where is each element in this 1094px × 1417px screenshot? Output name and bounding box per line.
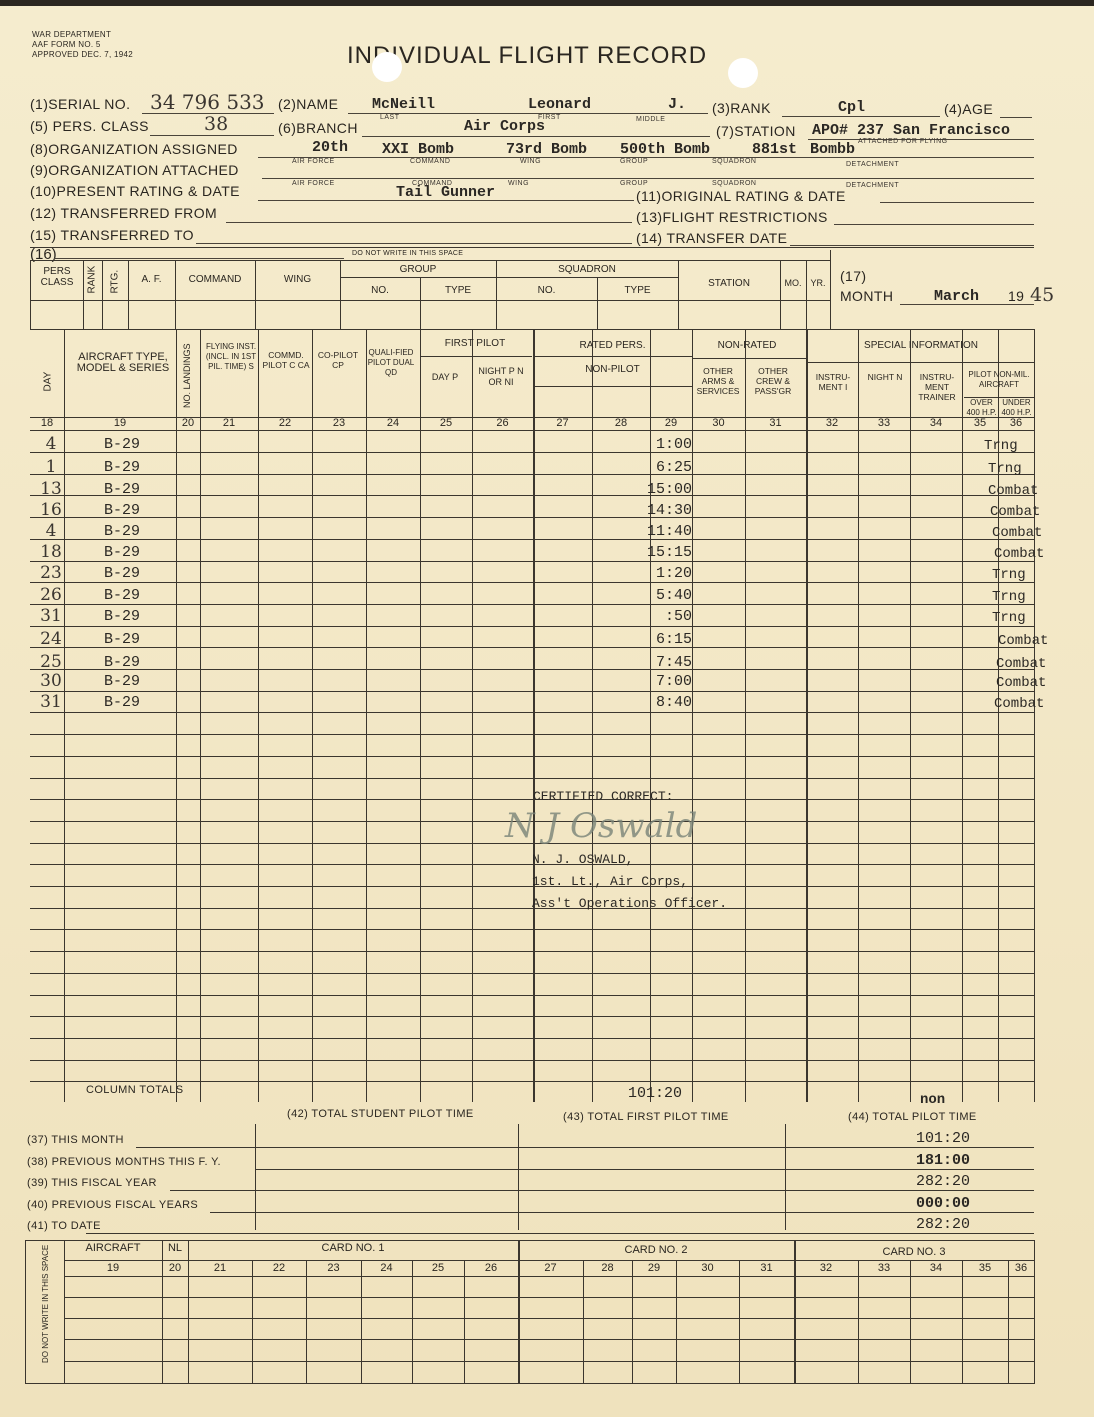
flight-time: 15:15 [600,544,692,561]
punch-hole [728,58,758,88]
flight-note: Combat [996,656,1046,672]
name-label: (2)NAME [278,96,338,112]
officer-title: Ass't Operations Officer. [532,896,727,911]
flight-time: 8:40 [600,694,692,711]
card-nl-header: NL [162,1243,188,1254]
flight-day: 31 [36,692,66,712]
flight-aircraft: B-29 [104,565,140,582]
branch-label: (6)BRANCH [278,120,358,136]
col-squadron-type: TYPE [597,285,678,296]
total-pilot-label: (44) TOTAL PILOT TIME [848,1111,977,1123]
column-number: 19 [64,418,176,429]
flight-time: 1:00 [600,436,692,453]
serial-label: (1)SERIAL NO. [30,96,130,112]
card-column-number: 28 [583,1263,632,1274]
flight-note: Combat [996,675,1046,691]
summary-value: 101:20 [916,1130,970,1147]
certified-heading: CERTIFIED CORRECT: [533,789,673,804]
flight-aircraft: B-29 [104,673,140,690]
card-column-number: 32 [794,1263,858,1274]
flight-time: 15:00 [600,481,692,498]
summary-label: (39) THIS FISCAL YEAR [27,1177,157,1189]
col-squadron-no: NO. [496,285,597,296]
form-number: AAF FORM NO. 5 [32,40,133,50]
col-instrument: INSTRU-MENT I [808,372,858,392]
card-column-number: 27 [518,1263,583,1274]
col-over400: OVER 400 H.P. [964,398,999,418]
flight-note: Combat [988,483,1038,499]
col-instr-trainer: INSTRU-MENT TRAINER [912,372,962,402]
col-co-pilot: CO-PILOT CP [313,350,363,370]
col-group-type: TYPE [420,285,496,296]
punch-hole [372,52,402,82]
col-special-info: SPECIAL INFORMATION [808,340,1034,351]
column-number: 31 [745,418,806,429]
summary-value: 000:00 [916,1195,970,1212]
sub-label: COMMAND [410,158,450,165]
agency-line: WAR DEPARTMENT [32,30,133,40]
flight-note: Trng [992,610,1026,626]
col-other-crew: OTHER CREW & PASS'GR [746,366,800,396]
transferred-to-label: (15) TRANSFERRED TO [30,227,194,243]
col-commd-pilot: COMMD. PILOT C CA [262,350,310,370]
card-column-number: 24 [361,1263,412,1274]
flight-aircraft: B-29 [104,502,140,519]
flight-day: 4 [36,521,66,541]
summary-label: (41) TO DATE [27,1220,101,1232]
card-column-number: 36 [1008,1263,1034,1274]
org-wing: 73rd Bomb [506,141,587,158]
column-number: 21 [200,418,258,429]
flight-day: 13 [36,479,66,499]
sub-label: DETACHMENT [846,161,899,168]
rank-value: Cpl [838,99,865,116]
col-day: DAY [43,352,54,392]
flight-day: 31 [36,606,66,626]
flight-aircraft: B-29 [104,523,140,540]
month-number-label: (17) [840,268,867,284]
column-number: 30 [692,418,745,429]
pers-class-label: (5) PERS. CLASS [30,118,149,134]
column-number: 36 [998,418,1034,429]
flight-day: 25 [36,652,66,672]
col-fp-day: DAY P [420,372,470,383]
sub-label: LAST [380,114,400,121]
column-number: 29 [650,418,692,429]
age-label: (4)AGE [944,101,993,117]
student-pilot-label: (42) TOTAL STUDENT PILOT TIME [287,1108,474,1120]
flight-note: Trng [984,438,1018,454]
card-3-header: CARD NO. 3 [794,1247,1034,1258]
col-rtg: RTG. [110,266,121,294]
column-totals-label: COLUMN TOTALS [86,1084,184,1096]
column-number: 22 [258,418,312,429]
flight-day: 4 [36,434,66,454]
flight-time: 6:25 [600,459,692,476]
column-number: 25 [420,418,472,429]
column-number: 24 [366,418,420,429]
col-other-arms: OTHER ARMS & SERVICES [692,366,744,396]
column-number: 34 [910,418,962,429]
card-column-number: 31 [739,1263,794,1274]
flight-note: Combat [994,546,1044,562]
year-value: 45 [1030,284,1054,306]
sub-label: AIR FORCE [292,158,335,165]
month-value: March [934,288,979,305]
column-number: 20 [176,418,200,429]
flight-aircraft: B-29 [104,694,140,711]
flight-note: Trng [988,461,1022,477]
name-middle: J. [668,96,686,113]
flight-aircraft: B-29 [104,481,140,498]
col-non-pilot: NON-PILOT [535,364,690,375]
col-pilot-nonmil: PILOT NON-MIL. AIRCRAFT [964,370,1034,390]
approval-date: APPROVED DEC. 7, 1942 [32,50,133,60]
org-attached-label: (9)ORGANIZATION ATTACHED [30,162,239,178]
flight-note: Combat [992,525,1042,541]
summary-label: (38) PREVIOUS MONTHS THIS F. Y. [27,1156,221,1168]
card-side-label: DO NOT WRITE IN THIS SPACE [41,1259,51,1363]
card-column-number: 23 [306,1263,361,1274]
non-annotation: non [920,1092,945,1108]
sub-label: WING [508,180,529,187]
column-number: 33 [858,418,910,429]
flight-time: 11:40 [600,523,692,540]
branch-value: Air Corps [464,118,545,135]
org-command: XXI Bomb [382,141,454,158]
year-prefix: 19 [1008,288,1024,304]
col-rated-pers: RATED PERS. [535,340,690,351]
col-pers-class: PERS CLASS [32,266,82,288]
card-column-number: 30 [676,1263,739,1274]
org-assigned-label: (8)ORGANIZATION ASSIGNED [30,141,238,157]
serial-value: 34 796 533 [150,90,265,114]
flight-day: 24 [36,629,66,649]
flight-restrictions-label: (13)FLIGHT RESTRICTIONS [636,209,828,225]
sub-label: DETACHMENT [846,182,899,189]
flight-aircraft: B-29 [104,587,140,604]
col-aircraft: AIRCRAFT TYPE, MODEL & SERIES [72,352,174,374]
card-column-number: 34 [910,1263,962,1274]
col-under400: UNDER 400 H.P. [999,398,1034,418]
col-squadron: SQUADRON [496,264,678,275]
col-flying-inst: FLYING INST. (INCL. IN 1ST PIL. TIME) S [203,342,259,372]
column-number: 28 [592,418,650,429]
org-group: 500th Bomb [620,141,710,158]
card-aircraft-header: AIRCRAFT [64,1243,162,1254]
signature: N J Oswald [505,806,697,846]
sub-label: GROUP [620,158,648,165]
col-mo: MO. [780,278,806,289]
sub-label: AIR FORCE [292,180,335,187]
flight-time: 7:00 [600,673,692,690]
flight-time: 6:15 [600,631,692,648]
col-fp-night: NIGHT P N OR NI [472,366,530,388]
col-station: STATION [678,278,780,289]
original-rating-label: (11)ORIGINAL RATING & DATE [636,188,846,204]
sub-label: SQUADRON [712,158,756,165]
transferred-from-label: (12) TRANSFERRED FROM [30,205,217,221]
flight-day: 26 [36,585,66,605]
col-landings: NO. LANDINGS [182,334,192,408]
flight-note: Trng [992,567,1026,583]
col-first-pilot: FIRST PILOT [420,338,530,349]
card-column-number: 21 [188,1263,252,1274]
flight-note: Combat [990,504,1040,520]
sub-label: MIDDLE [636,116,665,123]
col-wing: WING [255,274,340,285]
station-label: (7)STATION [716,123,796,139]
summary-label: (37) THIS MONTH [27,1134,124,1146]
station-value: APO# 237 San Francisco [812,122,1010,139]
name-first: Leonard [528,96,591,113]
flight-aircraft: B-29 [104,544,140,561]
sub-label: SQUADRON [712,180,756,187]
summary-value: 282:20 [916,1173,970,1190]
flight-aircraft: B-29 [104,436,140,453]
name-last: McNeill [372,96,435,113]
flight-time: 7:45 [600,654,692,671]
col-non-rated: NON-RATED [692,340,802,351]
col-group: GROUP [340,264,496,275]
flight-aircraft: B-29 [104,608,140,625]
flight-note: Trng [992,589,1026,605]
col-group-no: NO. [340,285,420,296]
org-squadron: 881st [752,141,797,158]
sub-label: GROUP [620,180,648,187]
col-command: COMMAND [175,274,255,285]
summary-value: 181:00 [916,1152,970,1169]
column-29-total: 101:20 [628,1085,682,1102]
summary-value: 282:20 [916,1216,970,1233]
flight-day: 18 [36,542,66,562]
card-column-number: 35 [962,1263,1008,1274]
card-column-number: 25 [412,1263,464,1274]
present-rating-value: Tail Gunner [396,184,495,201]
sub-label: WING [520,158,541,165]
card-column-number: 26 [464,1263,518,1274]
officer-rank: 1st. Lt., Air Corps, [532,874,688,889]
scan-edge [0,0,1094,6]
officer-name: N. J. OSWALD, [532,852,633,867]
column-number: 27 [533,418,592,429]
agency-block: WAR DEPARTMENT AAF FORM NO. 5 APPROVED D… [32,30,133,60]
flight-note: Combat [994,696,1044,712]
flight-time: 14:30 [600,502,692,519]
do-not-write-label: DO NOT WRITE IN THIS SPACE [352,249,463,259]
card-1-header: CARD NO. 1 [188,1243,518,1254]
present-rating-label: (10)PRESENT RATING & DATE [30,183,240,199]
flight-aircraft: B-29 [104,654,140,671]
card-column-number: 19 [64,1263,162,1274]
col-af: A. F. [128,274,175,285]
org-air-force: 20th [312,139,348,156]
summary-label: (40) PREVIOUS FISCAL YEARS [27,1199,198,1211]
card-column-number: 22 [252,1263,306,1274]
flight-time: 1:20 [600,565,692,582]
org-detachment: Bombb [810,141,855,158]
flight-aircraft: B-29 [104,631,140,648]
column-number: 18 [30,418,64,429]
flight-aircraft: B-29 [104,459,140,476]
flight-day: 16 [36,500,66,520]
first-pilot-label: (43) TOTAL FIRST PILOT TIME [563,1111,729,1123]
flight-day: 23 [36,563,66,583]
col-night: NIGHT N [860,372,910,382]
rank-label: (3)RANK [712,100,771,116]
flight-time: 5:40 [600,587,692,604]
pers-class-value: 38 [204,113,228,135]
flight-day: 30 [36,671,66,691]
card-column-number: 33 [858,1263,910,1274]
flight-note: Combat [998,633,1048,649]
flight-time: :50 [600,608,692,625]
column-number: 26 [472,418,533,429]
col-yr: YR. [806,278,830,289]
card-column-number: 20 [162,1263,188,1274]
col-qualified: QUALI-FIED PILOT DUAL QD [366,348,416,378]
col-rank: RANK [87,266,98,294]
column-number: 23 [312,418,366,429]
attached-for-flying: ATTACHED FOR FLYING [858,138,948,145]
card-column-number: 29 [632,1263,676,1274]
transfer-date-label: (14) TRANSFER DATE [636,230,787,246]
card-2-header: CARD NO. 2 [518,1245,794,1256]
flight-day: 1 [36,457,66,477]
month-label: MONTH [840,288,893,304]
column-number: 35 [962,418,998,429]
column-number: 32 [806,418,858,429]
